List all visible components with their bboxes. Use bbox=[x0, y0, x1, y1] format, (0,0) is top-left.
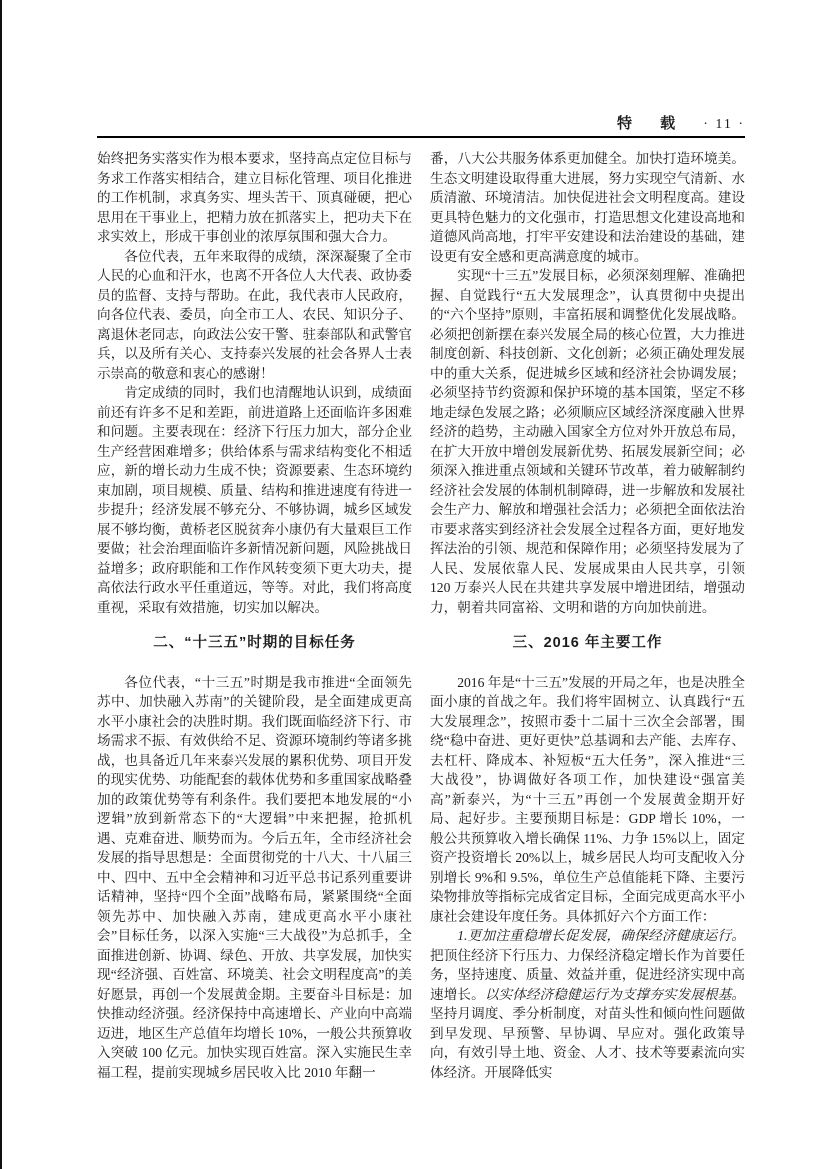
paragraph: 各位代表，“十三五”时期是我市推进“全面领先苏中、加快融入苏南”的关键阶段，是全… bbox=[97, 673, 412, 1083]
paragraph: 各位代表，五年来取得的成绩，深深凝聚了全市人民的心血和汗水，也离不开各位人大代表… bbox=[97, 247, 412, 384]
section-heading-2: 二、“十三五”时期的目标任务 bbox=[97, 634, 412, 654]
header-page-number: · 11 · bbox=[703, 117, 745, 133]
paragraph: 实现“十三五”发展目标，必须深刻理解、准确把握、自觉践行“五大发展理念”，认真贯… bbox=[430, 266, 745, 617]
item-body-text: 坚持月调度、季分析制度，对苗头性和倾向性问题做到早发现、早预警、早协调、早应对。… bbox=[430, 1006, 745, 1080]
item-lead-emphasis: 1.更加注重稳增长促发展，确保经济健康运行。 bbox=[457, 928, 745, 943]
text-columns: 始终把务实落实作为根本要求，坚持高点定位目标与务求工作落实相结合，建立目标化管理… bbox=[97, 149, 745, 1082]
item-sub-emphasis: 以实体经济稳健运行为支撑夯实发展根基。 bbox=[485, 987, 745, 1002]
page-header: 特 载 · 11 · bbox=[97, 112, 745, 134]
paragraph-continuation: 始终把务实落实作为根本要求，坚持高点定位目标与务求工作落实相结合，建立目标化管理… bbox=[97, 149, 412, 247]
document-page: 特 载 · 11 · 始终把务实落实作为根本要求，坚持高点定位目标与务求工作落实… bbox=[97, 112, 745, 1082]
section-heading-3: 三、2016 年主要工作 bbox=[430, 634, 745, 654]
header-divider bbox=[97, 136, 745, 138]
paragraph-continuation: 番，八大公共服务体系更加健全。加快打造环境美。生态文明建设取得重大进展，努力实现… bbox=[430, 149, 745, 266]
right-column: 番，八大公共服务体系更加健全。加快打造环境美。生态文明建设取得重大进展，努力实现… bbox=[430, 149, 745, 1082]
scan-edge bbox=[0, 0, 2, 1169]
header-section-title: 特 载 bbox=[617, 112, 687, 133]
paragraph-numbered-item: 1.更加注重稳增长促发展，确保经济健康运行。把顶住经济下行压力、力保经济稳定增长… bbox=[430, 926, 745, 1082]
paragraph: 2016 年是“十三五”发展的开局之年，也是决胜全面小康的首战之年。我们将牢固树… bbox=[430, 673, 745, 927]
paragraph: 肯定成绩的同时，我们也清醒地认识到，成绩面前还有许多不足和差距，前进道路上还面临… bbox=[97, 383, 412, 617]
left-column: 始终把务实落实作为根本要求，坚持高点定位目标与务求工作落实相结合，建立目标化管理… bbox=[97, 149, 412, 1082]
